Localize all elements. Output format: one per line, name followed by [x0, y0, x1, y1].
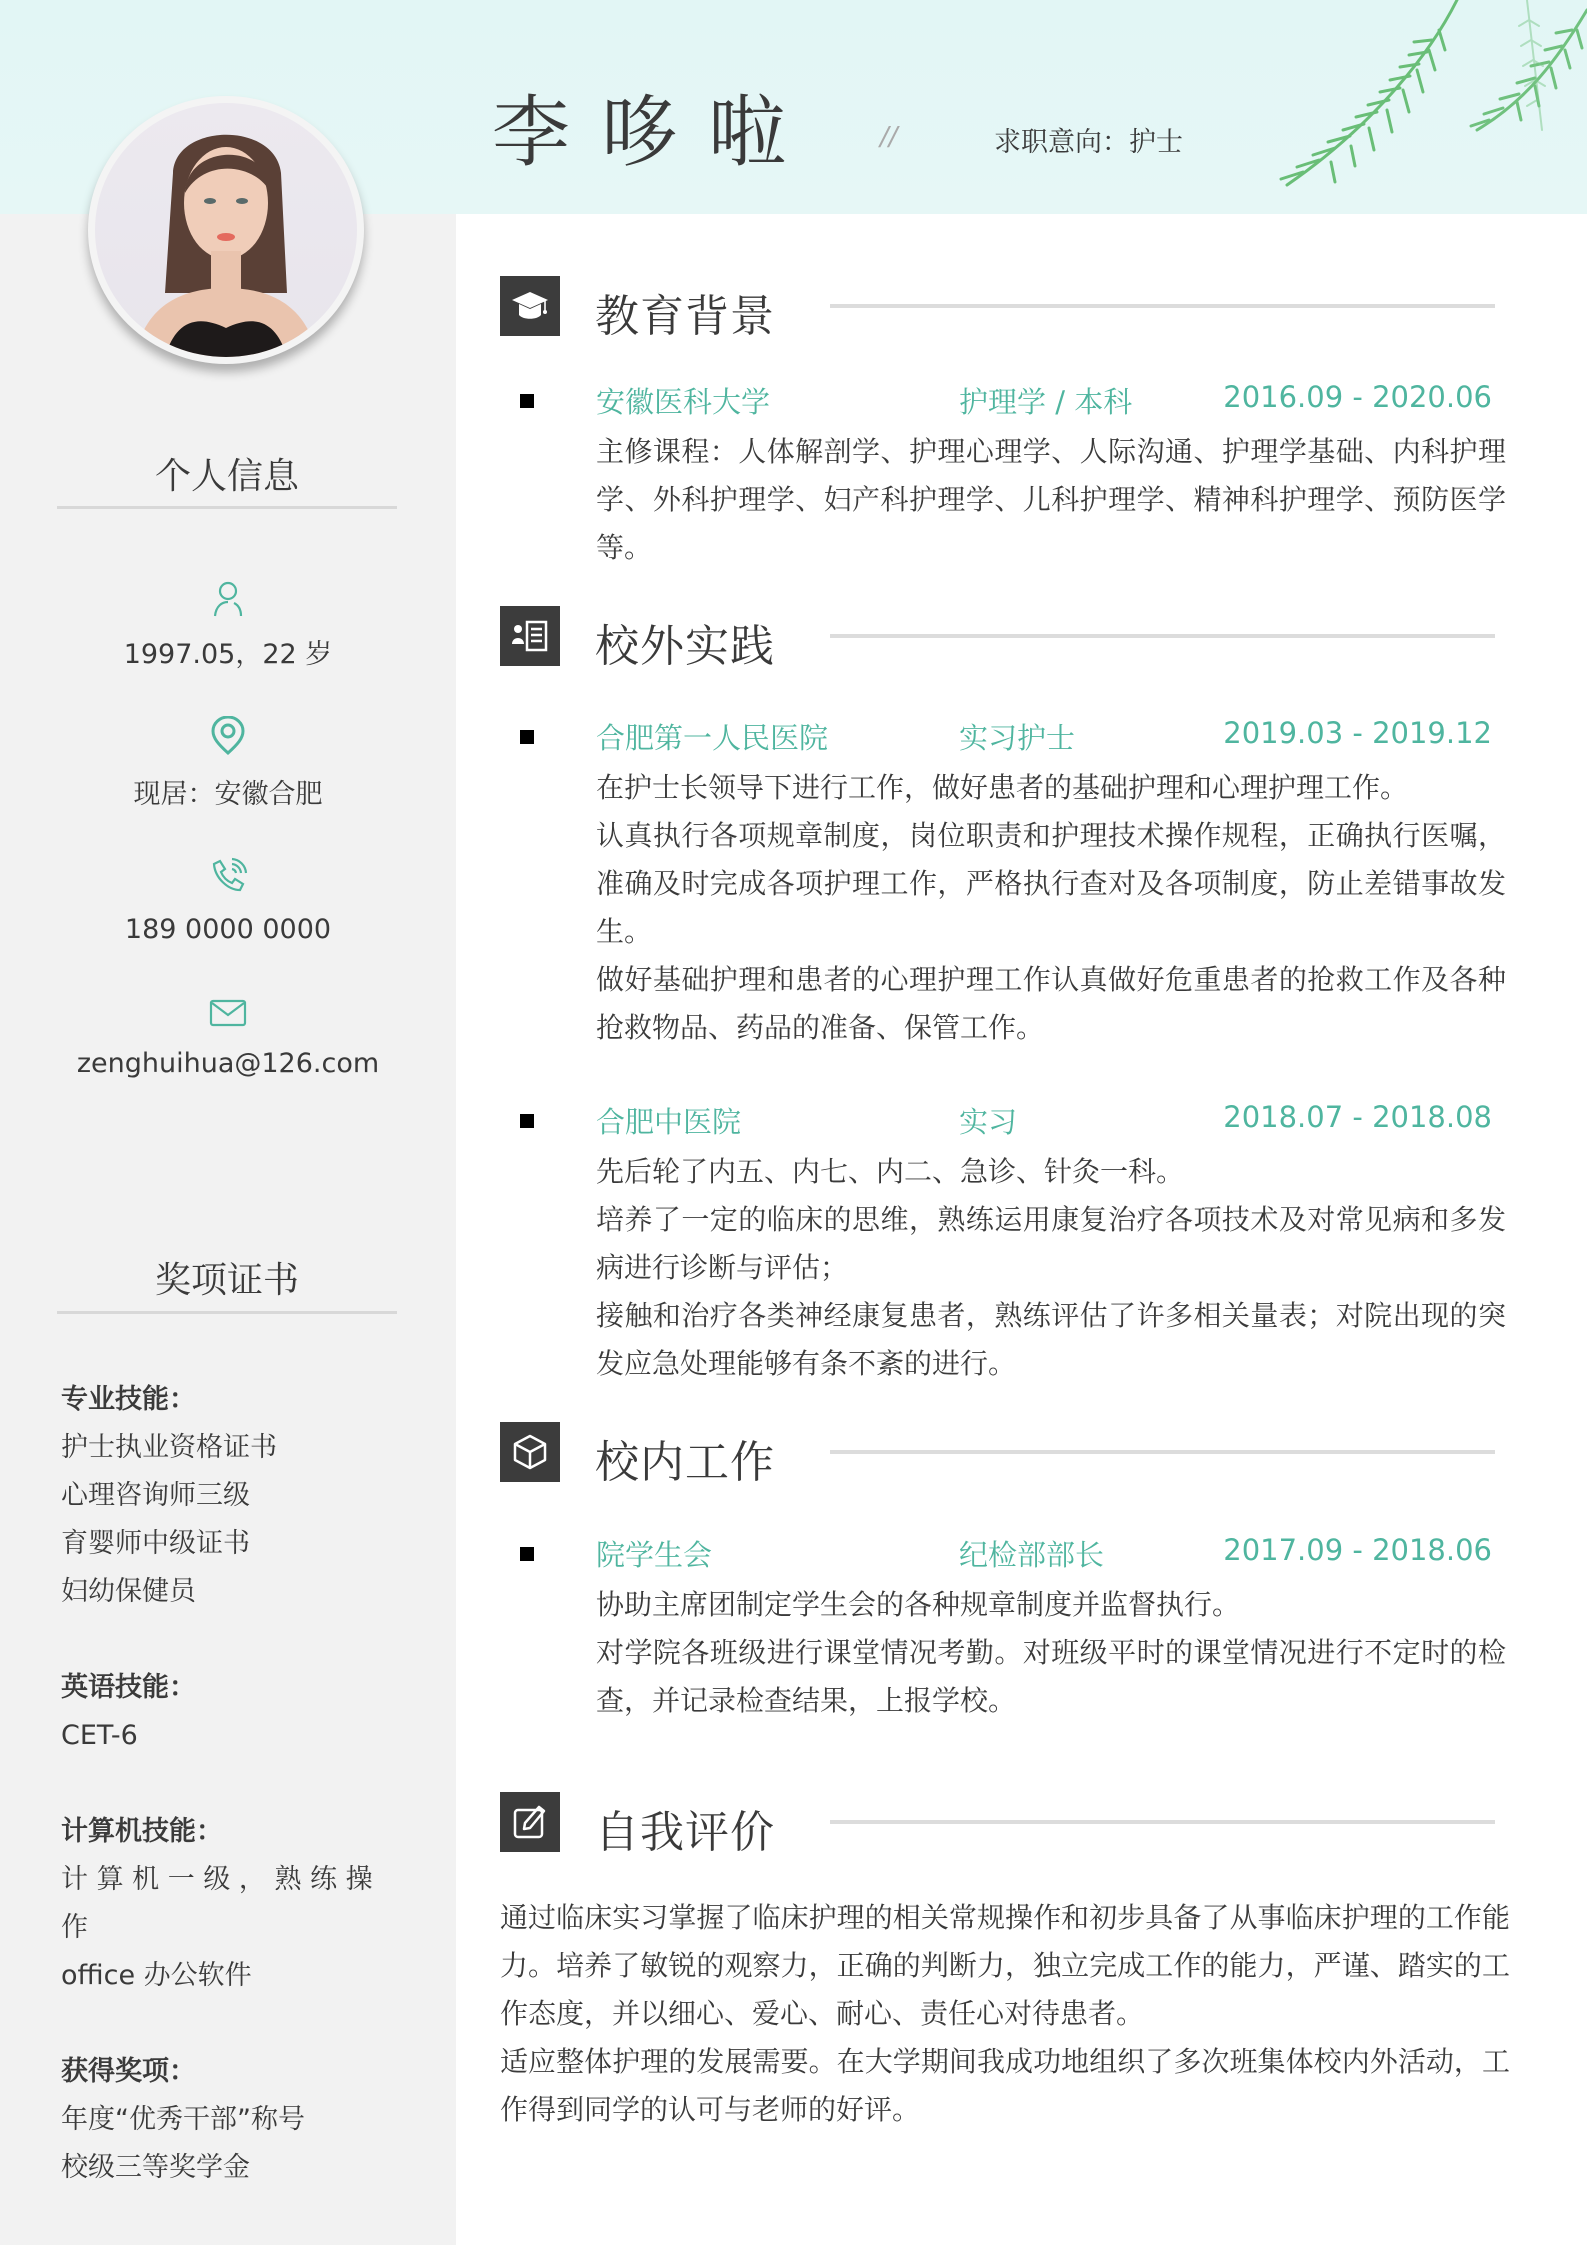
bullet-square-icon [520, 1114, 534, 1128]
entry-description: 在护士长领导下进行工作，做好患者的基础护理和心理护理工作。 认真执行各项规章制度… [596, 764, 1506, 1052]
entry-header: 合肥第一人民医院 实习护士 2019.03 - 2019.12 [596, 716, 1500, 764]
entry-line: 做好基础护理和患者的心理护理工作认真做好危重患者的抢救工作及各种抢救物品、药品的… [596, 956, 1506, 1052]
bullet-square-icon [520, 730, 534, 744]
job-intent: 求职意向：护士 [994, 120, 1183, 159]
award-group-computer: 计算机技能： 计 算 机 一 级 ， 熟 练 操 作 office 办公软件 [61, 1808, 401, 2000]
entry-description: 协助主席团制定学生会的各种规章制度并监督执行。 对学院各班级进行课堂情况考勤。对… [596, 1581, 1506, 1725]
profile-photo-frame [88, 96, 364, 364]
section-title: 校内工作 [595, 1426, 775, 1490]
award-item: 心理咨询师三级 [61, 1472, 401, 1520]
award-item: 护士执业资格证书 [61, 1424, 401, 1472]
entry-line: 认真执行各项规章制度，岗位职责和护理技术操作规程，正确执行医嘱，准确及时完成各项… [596, 812, 1506, 956]
section-icon-box [500, 606, 560, 666]
section-title: 校外实践 [595, 610, 775, 674]
award-item: CET-6 [61, 1712, 401, 1760]
award-group-heading: 计算机技能： [61, 1808, 401, 1856]
award-item: office 办公软件 [61, 1952, 401, 2000]
section-title: 自我评价 [595, 1796, 775, 1860]
section-title: 教育背景 [595, 280, 775, 344]
awards-list: 专业技能： 护士执业资格证书 心理咨询师三级 育婴师中级证书 妇幼保健员 英语技… [61, 1376, 401, 2240]
profile-list-icon [510, 616, 550, 656]
entry-line: 在护士长领导下进行工作，做好患者的基础护理和心理护理工作。 [596, 764, 1506, 812]
award-group-professional: 专业技能： 护士执业资格证书 心理咨询师三级 育婴师中级证书 妇幼保健员 [61, 1376, 401, 1616]
portrait-illustration [95, 103, 357, 357]
bullet-square-icon [520, 1547, 534, 1561]
self-eval-paragraph: 适应整体护理的发展需要。在大学期间我成功地组织了多次班集体校内外活动，工作得到同… [500, 2038, 1510, 2134]
section-divider [830, 1450, 1495, 1454]
section-divider [830, 304, 1495, 308]
awards-divider [57, 1311, 397, 1314]
section-icon-box [500, 1422, 560, 1482]
entry-org: 安徽医科大学 [596, 380, 770, 421]
phone-icon [208, 856, 248, 896]
entry-line: 先后轮了内五、内七、内二、急诊、针灸一科。 [596, 1148, 1506, 1196]
entry-description: 主修课程：人体解剖学、护理心理学、人际沟通、护理学基础、内科护理学、外科护理学、… [596, 428, 1506, 572]
section-divider [830, 1820, 1495, 1824]
header-separator: // [880, 122, 898, 152]
entry-line: 主修课程：人体解剖学、护理心理学、人际沟通、护理学基础、内科护理学、外科护理学、… [596, 428, 1506, 572]
edit-icon [510, 1802, 550, 1842]
entry-date: 2017.09 - 2018.06 [1223, 1533, 1492, 1567]
self-evaluation-text: 通过临床实习掌握了临床护理的相关常规操作和初步具备了从事临床护理的工作能力。培养… [500, 1894, 1510, 2134]
award-item: 育婴师中级证书 [61, 1520, 401, 1568]
entry-role: 护理学 / 本科 [959, 380, 1132, 421]
birth-age-text: 1997.05，22 岁 [0, 632, 456, 671]
entry-line: 对学院各班级进行课堂情况考勤。对班级平时的课堂情况进行不定时的检查，并记录检查结… [596, 1629, 1506, 1725]
award-item: 年度“优秀干部”称号 [61, 2096, 401, 2144]
entry-line: 培养了一定的临床的思维，熟练运用康复治疗各项技术及对常见病和多发病进行诊断与评估… [596, 1196, 1506, 1292]
section-practice-header: 校外实践 [500, 606, 1495, 666]
entry-date: 2019.03 - 2019.12 [1223, 716, 1492, 750]
personal-info-title: 个人信息 [57, 448, 397, 499]
location-text: 现居：安徽合肥 [0, 772, 456, 811]
location-pin-icon [208, 716, 248, 756]
section-icon-box [500, 276, 560, 336]
award-item: 妇幼保健员 [61, 1568, 401, 1616]
award-item: 计 算 机 一 级 ， 熟 练 操 作 [61, 1856, 401, 1952]
self-eval-paragraph: 通过临床实习掌握了临床护理的相关常规操作和初步具备了从事临床护理的工作能力。培养… [500, 1894, 1510, 2038]
info-phone: 189 0000 0000 [0, 856, 456, 945]
info-location: 现居：安徽合肥 [0, 716, 456, 811]
cube-icon [510, 1432, 550, 1472]
candidate-name: 李哆啦 [492, 70, 816, 182]
award-group-english: 英语技能： CET-6 [61, 1664, 401, 1760]
entry-org: 合肥第一人民医院 [596, 716, 828, 757]
section-divider [830, 634, 1495, 638]
entry-header: 合肥中医院 实习 2018.07 - 2018.08 [596, 1100, 1500, 1148]
entry-org: 院学生会 [596, 1533, 712, 1574]
entry-role: 实习 [959, 1100, 1017, 1141]
info-email: zenghuihua@126.com [0, 994, 456, 1079]
award-group-heading: 英语技能： [61, 1664, 401, 1712]
bullet-square-icon [520, 394, 534, 408]
section-self-eval-header: 自我评价 [500, 1792, 1495, 1852]
entry-date: 2018.07 - 2018.08 [1223, 1100, 1492, 1134]
entry-header: 安徽医科大学 护理学 / 本科 2016.09 - 2020.06 [596, 380, 1500, 428]
personal-info-divider [57, 506, 397, 509]
entry-role: 纪检部部长 [959, 1533, 1104, 1574]
info-birth: 1997.05，22 岁 [0, 578, 456, 671]
award-group-honors: 获得奖项： 年度“优秀干部”称号 校级三等奖学金 [61, 2048, 401, 2192]
entry-role: 实习护士 [959, 716, 1075, 757]
mail-icon [208, 994, 248, 1034]
section-education-header: 教育背景 [500, 276, 1495, 336]
email-text[interactable]: zenghuihua@126.com [0, 1048, 456, 1079]
avatar [95, 103, 357, 357]
entry-org: 合肥中医院 [596, 1100, 741, 1141]
person-icon [208, 578, 248, 618]
award-group-heading: 专业技能： [61, 1376, 401, 1424]
section-campus-header: 校内工作 [500, 1422, 1495, 1482]
award-item: 校级三等奖学金 [61, 2144, 401, 2192]
entry-header: 院学生会 纪检部部长 2017.09 - 2018.06 [596, 1533, 1500, 1581]
graduation-cap-icon [510, 289, 550, 323]
section-icon-box [500, 1792, 560, 1852]
entry-line: 协助主席团制定学生会的各种规章制度并监督执行。 [596, 1581, 1506, 1629]
willow-leaves-decoration [1227, 0, 1587, 214]
entry-date: 2016.09 - 2020.06 [1223, 380, 1492, 414]
phone-text[interactable]: 189 0000 0000 [0, 914, 456, 945]
entry-line: 接触和治疗各类神经康复患者，熟练评估了许多相关量表；对院出现的突发应急处理能够有… [596, 1292, 1506, 1388]
award-group-heading: 获得奖项： [61, 2048, 401, 2096]
awards-title: 奖项证书 [57, 1252, 397, 1303]
entry-description: 先后轮了内五、内七、内二、急诊、针灸一科。 培养了一定的临床的思维，熟练运用康复… [596, 1148, 1506, 1388]
